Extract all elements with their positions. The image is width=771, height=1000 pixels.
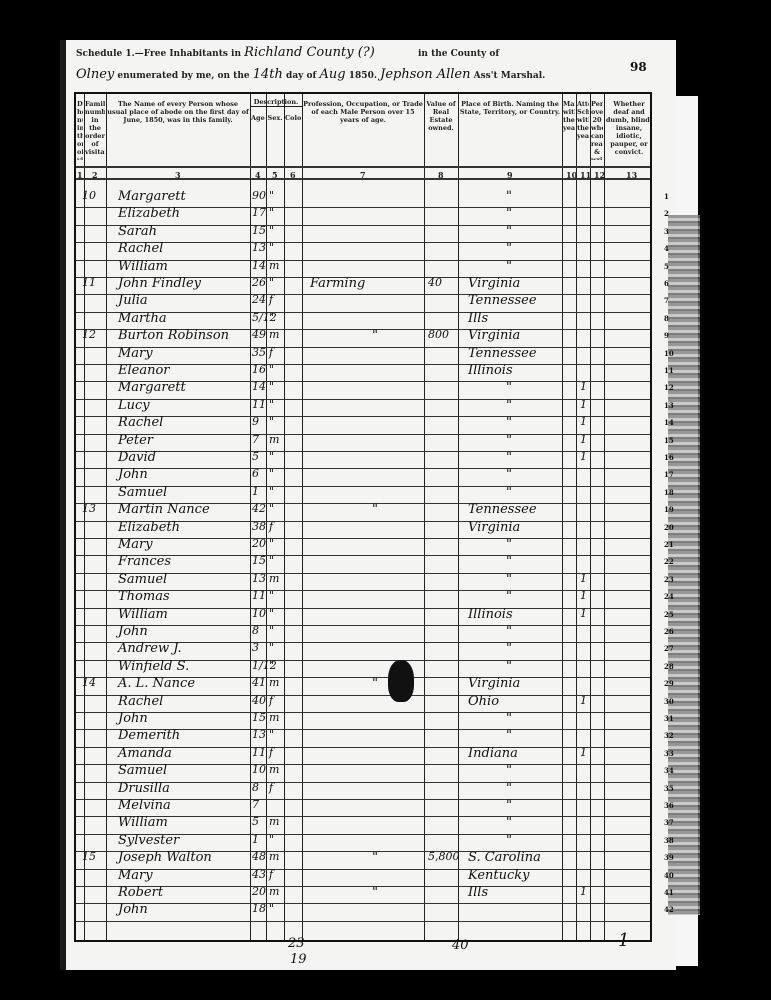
person-age: 11 xyxy=(252,398,266,411)
person-name: Melvina xyxy=(118,798,171,813)
column-header-13: Whether deaf and dumb, blind, insane, id… xyxy=(605,100,653,160)
person-sex: " xyxy=(269,276,274,289)
place-of-birth: Ills xyxy=(468,885,488,900)
person-name: Margarett xyxy=(118,189,186,204)
place-of-birth: " xyxy=(506,763,512,778)
place-of-birth: Virginia xyxy=(468,676,520,691)
person-age: 15 xyxy=(252,554,266,567)
person-age: 13 xyxy=(252,572,266,585)
day-label: day of xyxy=(286,71,316,81)
column-header-10: Married within the year. xyxy=(563,100,575,160)
column-divider xyxy=(458,94,459,940)
person-name: Margarett xyxy=(118,380,186,395)
person-age: 16 xyxy=(252,363,266,376)
line-number: 2 xyxy=(664,209,669,218)
place-of-birth: Tennessee xyxy=(468,293,537,308)
person-age: 38 xyxy=(252,520,266,533)
line-number: 6 xyxy=(664,279,669,288)
marshal-label: Ass't Marshal. xyxy=(474,71,546,81)
person-name: Mary xyxy=(118,868,153,883)
person-sex: f xyxy=(269,293,273,306)
person-name: John xyxy=(118,624,148,639)
person-occupation: " xyxy=(372,328,378,343)
attended-school: 1 xyxy=(580,572,587,585)
line-number: 34 xyxy=(664,766,674,775)
place-of-birth: " xyxy=(506,641,512,656)
person-age: 20 xyxy=(252,885,266,898)
person-name: Andrew J. xyxy=(118,641,182,656)
family-number: 10 xyxy=(82,189,96,202)
person-occupation: Farming xyxy=(310,276,365,291)
person-sex: " xyxy=(269,554,274,567)
attended-school: 1 xyxy=(580,746,587,759)
person-age: 9 xyxy=(252,415,259,428)
place-of-birth: Indiana xyxy=(468,746,518,761)
line-number: 12 xyxy=(664,383,674,392)
line-number: 14 xyxy=(664,418,674,427)
month-handwritten: Aug xyxy=(320,67,346,82)
line-number: 11 xyxy=(664,366,674,375)
column-header-12: Persons over 20 who cannot read & write. xyxy=(591,100,603,160)
person-sex: " xyxy=(269,398,274,411)
person-name: Amanda xyxy=(118,746,172,761)
person-sex: " xyxy=(269,189,274,202)
person-sex: " xyxy=(269,607,274,620)
person-sex: " xyxy=(269,311,274,324)
person-age: 10 xyxy=(252,607,266,620)
place-of-birth: " xyxy=(506,259,512,274)
place-of-birth: Virginia xyxy=(468,276,520,291)
day-handwritten: 14th xyxy=(253,67,283,82)
column-header-5: Sex. xyxy=(267,114,283,174)
person-age: 6 xyxy=(252,467,259,480)
person-age: 7 xyxy=(252,433,259,446)
person-sex: " xyxy=(269,380,274,393)
person-name: Rachel xyxy=(118,415,163,430)
person-sex: " xyxy=(269,537,274,550)
person-age: 26 xyxy=(252,276,266,289)
place-of-birth: " xyxy=(506,554,512,569)
person-sex: " xyxy=(269,485,274,498)
person-name: A. L. Nance xyxy=(118,676,195,691)
place-of-birth: " xyxy=(506,833,512,848)
place-of-birth: " xyxy=(506,572,512,587)
line-number: 13 xyxy=(664,401,674,410)
place-of-birth: " xyxy=(506,659,512,674)
line-number: 21 xyxy=(664,540,674,549)
person-sex: f xyxy=(269,746,273,759)
line-number: 27 xyxy=(664,644,674,653)
column-header-4: Age. xyxy=(251,114,265,174)
person-name: Burton Robinson xyxy=(118,328,229,343)
person-age: 20 xyxy=(252,537,266,550)
place-of-birth: " xyxy=(506,624,512,639)
person-sex: " xyxy=(269,641,274,654)
column-divider xyxy=(302,94,303,940)
person-name: David xyxy=(118,450,156,465)
person-sex: f xyxy=(269,868,273,881)
ink-blot xyxy=(388,660,414,702)
person-age: 5 xyxy=(252,450,259,463)
person-occupation: " xyxy=(372,676,378,691)
person-sex: " xyxy=(269,659,274,672)
enumerated-label: enumerated by me, on the xyxy=(117,71,249,81)
row-divider xyxy=(76,538,650,539)
column-header-1: Dwelling-houses numbered in the order of… xyxy=(77,100,83,160)
column-header-7: Profession, Occupation, or Trade of each… xyxy=(303,100,423,160)
row-divider xyxy=(76,468,650,469)
post-office: Olney xyxy=(76,67,114,82)
line-number: 16 xyxy=(664,453,674,462)
column-header-2: Families numbered in the order of visita… xyxy=(85,100,105,160)
place-of-birth: " xyxy=(506,485,512,500)
person-name: John xyxy=(118,711,148,726)
line-number: 36 xyxy=(664,801,674,810)
real-estate-value: 800 xyxy=(428,328,449,341)
row-divider xyxy=(76,434,650,435)
person-age: 15 xyxy=(252,224,266,237)
person-name: Elizabeth xyxy=(118,520,180,535)
line-number: 18 xyxy=(664,488,674,497)
person-name: William xyxy=(118,607,168,622)
attended-school: 1 xyxy=(580,433,587,446)
person-name: Martin Nance xyxy=(118,502,210,517)
attended-school: 1 xyxy=(580,415,587,428)
county-label: in the County of xyxy=(418,49,499,59)
column-divider xyxy=(424,94,425,940)
person-name: William xyxy=(118,259,168,274)
row-divider xyxy=(76,294,650,295)
line-number: 41 xyxy=(664,888,674,897)
place-of-birth: Kentucky xyxy=(468,868,530,883)
tally-females: 19 xyxy=(290,952,307,967)
column-header-6: Color. xyxy=(285,114,301,174)
person-name: Samuel xyxy=(118,485,167,500)
person-name: Winfield S. xyxy=(118,659,189,674)
place-of-birth: " xyxy=(506,815,512,830)
line-number: 29 xyxy=(664,679,674,688)
person-age: 90 xyxy=(252,189,266,202)
person-sex: " xyxy=(269,415,274,428)
person-age: 42 xyxy=(252,502,266,515)
year-label: 1850. xyxy=(349,71,377,81)
person-name: Mary xyxy=(118,537,153,552)
person-name: Lucy xyxy=(118,398,150,413)
column-divider xyxy=(562,94,563,940)
line-number: 35 xyxy=(664,784,674,793)
place-of-birth: Illinois xyxy=(468,607,513,622)
person-occupation: " xyxy=(372,850,378,865)
place-of-birth: Tennessee xyxy=(468,502,537,517)
place-of-birth: " xyxy=(506,728,512,743)
line-number: 5 xyxy=(664,262,669,271)
line-number: 17 xyxy=(664,470,674,479)
place-of-birth: " xyxy=(506,415,512,430)
person-name: Sylvester xyxy=(118,833,179,848)
person-age: 40 xyxy=(252,694,266,707)
person-name: Elizabeth xyxy=(118,206,180,221)
family-number: 12 xyxy=(82,328,96,341)
person-name: Rachel xyxy=(118,241,163,256)
place-of-birth: Illinois xyxy=(468,363,513,378)
real-estate-value: 5,800 xyxy=(428,850,460,863)
person-name: Drusilla xyxy=(118,781,170,796)
description-group-header: Description. xyxy=(250,98,302,107)
person-name: Peter xyxy=(118,433,153,448)
place-of-birth: " xyxy=(506,798,512,813)
person-age: 7 xyxy=(252,798,259,811)
person-age: 48 xyxy=(252,850,266,863)
schedule-label: Schedule 1.—Free Inhabitants in xyxy=(76,49,241,59)
person-age: 11 xyxy=(252,589,266,602)
person-sex: m xyxy=(269,572,279,585)
person-name: John xyxy=(118,902,148,917)
column-divider xyxy=(250,94,251,940)
person-sex: f xyxy=(269,346,273,359)
line-number: 20 xyxy=(664,523,674,532)
place-handwritten: Richland County (?) xyxy=(244,45,375,60)
place-of-birth: " xyxy=(506,206,512,221)
person-age: 18 xyxy=(252,902,266,915)
column-divider xyxy=(284,94,285,940)
person-name: Joseph Walton xyxy=(118,850,212,865)
person-age: 14 xyxy=(252,380,266,393)
person-age: 41 xyxy=(252,676,266,689)
place-of-birth: " xyxy=(506,467,512,482)
person-sex: " xyxy=(269,467,274,480)
line-number: 22 xyxy=(664,557,674,566)
family-number: 13 xyxy=(82,502,96,515)
line-number: 1 xyxy=(664,192,669,201)
page-number: 98 xyxy=(630,60,647,74)
attended-school: 1 xyxy=(580,607,587,620)
attended-school: 1 xyxy=(580,450,587,463)
line-number: 10 xyxy=(664,349,674,358)
person-name: Mary xyxy=(118,346,153,361)
person-age: 8 xyxy=(252,781,259,794)
column-divider xyxy=(576,94,577,940)
place-of-birth: Ohio xyxy=(468,694,499,709)
tally-dwellings: 40 xyxy=(452,938,469,953)
tally-males: 23 xyxy=(288,936,305,951)
person-name: Robert xyxy=(118,885,163,900)
person-age: 35 xyxy=(252,346,266,359)
person-name: Demerith xyxy=(118,728,180,743)
place-of-birth: " xyxy=(506,398,512,413)
person-name: John xyxy=(118,467,148,482)
column-divider xyxy=(84,94,85,940)
person-age: 13 xyxy=(252,728,266,741)
line-number: 15 xyxy=(664,436,674,445)
person-name: Sarah xyxy=(118,224,157,239)
person-sex: " xyxy=(269,450,274,463)
person-age: 17 xyxy=(252,206,266,219)
place-of-birth: " xyxy=(506,537,512,552)
person-name: Julia xyxy=(118,293,148,308)
person-sex: " xyxy=(269,241,274,254)
person-age: 14 xyxy=(252,259,266,272)
place-of-birth: Tennessee xyxy=(468,346,537,361)
person-sex: " xyxy=(269,589,274,602)
line-number: 33 xyxy=(664,749,674,758)
column-header-11: Attended School within the year. xyxy=(577,100,589,160)
line-number: 39 xyxy=(664,853,674,862)
person-sex: m xyxy=(269,815,279,828)
row-divider xyxy=(76,347,650,348)
tally-mark: 1 xyxy=(618,930,629,951)
row-divider xyxy=(76,399,650,400)
row-divider xyxy=(76,225,650,226)
attended-school: 1 xyxy=(580,380,587,393)
person-name: Thomas xyxy=(118,589,170,604)
place-of-birth: " xyxy=(506,781,512,796)
person-age: 1 xyxy=(252,485,259,498)
attended-school: 1 xyxy=(580,398,587,411)
row-divider xyxy=(76,869,650,870)
header-divider xyxy=(76,178,650,180)
person-sex: m xyxy=(269,259,279,272)
person-occupation: " xyxy=(372,885,378,900)
place-of-birth: " xyxy=(506,433,512,448)
line-number: 8 xyxy=(664,314,669,323)
person-age: 11 xyxy=(252,746,266,759)
person-sex: m xyxy=(269,433,279,446)
line-number: 4 xyxy=(664,244,669,253)
person-age: 43 xyxy=(252,868,266,881)
family-number: 11 xyxy=(82,276,96,289)
place-of-birth: Ills xyxy=(468,311,488,326)
row-divider xyxy=(76,451,650,452)
line-number: 28 xyxy=(664,662,674,671)
row-divider xyxy=(76,921,650,922)
place-of-birth: Virginia xyxy=(468,520,520,535)
person-name: Samuel xyxy=(118,572,167,587)
person-name: Rachel xyxy=(118,694,163,709)
person-sex: m xyxy=(269,885,279,898)
line-number: 42 xyxy=(664,905,674,914)
place-of-birth: " xyxy=(506,224,512,239)
line-number: 40 xyxy=(664,871,674,880)
person-name: Eleanor xyxy=(118,363,170,378)
person-age: 8 xyxy=(252,624,259,637)
marshal-handwritten: Jephson Allen xyxy=(380,67,470,82)
family-number: 15 xyxy=(82,850,96,863)
line-number: 25 xyxy=(664,610,674,619)
person-sex: m xyxy=(269,850,279,863)
person-sex: " xyxy=(269,502,274,515)
person-name: William xyxy=(118,815,168,830)
person-sex: " xyxy=(269,206,274,219)
person-age: 13 xyxy=(252,241,266,254)
person-sex: " xyxy=(269,624,274,637)
enumeration-header: Olney enumerated by me, on the 14th day … xyxy=(76,67,666,87)
column-divider xyxy=(266,94,267,940)
person-sex: m xyxy=(269,711,279,724)
row-divider xyxy=(76,625,650,626)
person-sex: " xyxy=(269,728,274,741)
person-sex: f xyxy=(269,520,273,533)
column-header-8: Value of Real Estate owned. xyxy=(425,100,457,160)
place-of-birth: " xyxy=(506,189,512,204)
person-age: 3 xyxy=(252,641,259,654)
place-of-birth: S. Carolina xyxy=(468,850,541,865)
line-number: 24 xyxy=(664,592,674,601)
schedule-header: Schedule 1.—Free Inhabitants in Richland… xyxy=(76,45,656,65)
place-of-birth: " xyxy=(506,450,512,465)
column-header-3: The Name of every Person whose usual pla… xyxy=(107,100,249,160)
attended-school: 1 xyxy=(580,694,587,707)
line-number: 31 xyxy=(664,714,674,723)
column-divider xyxy=(604,94,605,940)
person-sex: f xyxy=(269,694,273,707)
person-sex: m xyxy=(269,676,279,689)
attended-school: 1 xyxy=(580,589,587,602)
column-divider xyxy=(590,94,591,940)
header-divider xyxy=(76,166,650,168)
line-number: 38 xyxy=(664,836,674,845)
place-of-birth: " xyxy=(506,380,512,395)
person-name: Martha xyxy=(118,311,167,326)
person-sex: " xyxy=(269,833,274,846)
real-estate-value: 40 xyxy=(428,276,442,289)
row-divider xyxy=(76,712,650,713)
line-number: 37 xyxy=(664,818,674,827)
attended-school: 1 xyxy=(580,885,587,898)
person-name: John Findley xyxy=(118,276,201,291)
place-of-birth: " xyxy=(506,711,512,726)
line-number: 32 xyxy=(664,731,674,740)
place-of-birth: " xyxy=(506,589,512,604)
line-number: 23 xyxy=(664,575,674,584)
column-divider xyxy=(106,94,107,940)
person-age: 24 xyxy=(252,293,266,306)
family-number: 14 xyxy=(82,676,96,689)
line-number: 9 xyxy=(664,331,669,340)
census-table: Dwelling-houses numbered in the order of… xyxy=(74,92,652,942)
person-name: Frances xyxy=(118,554,171,569)
line-number: 19 xyxy=(664,505,674,514)
line-number: 30 xyxy=(664,697,674,706)
place-of-birth: " xyxy=(506,241,512,256)
person-age: 5 xyxy=(252,815,259,828)
person-name: Samuel xyxy=(118,763,167,778)
person-age: 10 xyxy=(252,763,266,776)
column-header-9: Place of Birth. Naming the State, Territ… xyxy=(459,100,561,160)
person-sex: " xyxy=(269,902,274,915)
line-number: 7 xyxy=(664,296,669,305)
person-sex: " xyxy=(269,363,274,376)
place-of-birth: Virginia xyxy=(468,328,520,343)
line-number: 26 xyxy=(664,627,674,636)
person-occupation: " xyxy=(372,502,378,517)
line-number: 3 xyxy=(664,227,669,236)
row-divider xyxy=(76,903,650,904)
person-age: 15 xyxy=(252,711,266,724)
person-age: 49 xyxy=(252,328,266,341)
person-sex: f xyxy=(269,781,273,794)
person-sex: m xyxy=(269,328,279,341)
person-age: 1 xyxy=(252,833,259,846)
person-sex: " xyxy=(269,224,274,237)
person-sex: m xyxy=(269,763,279,776)
